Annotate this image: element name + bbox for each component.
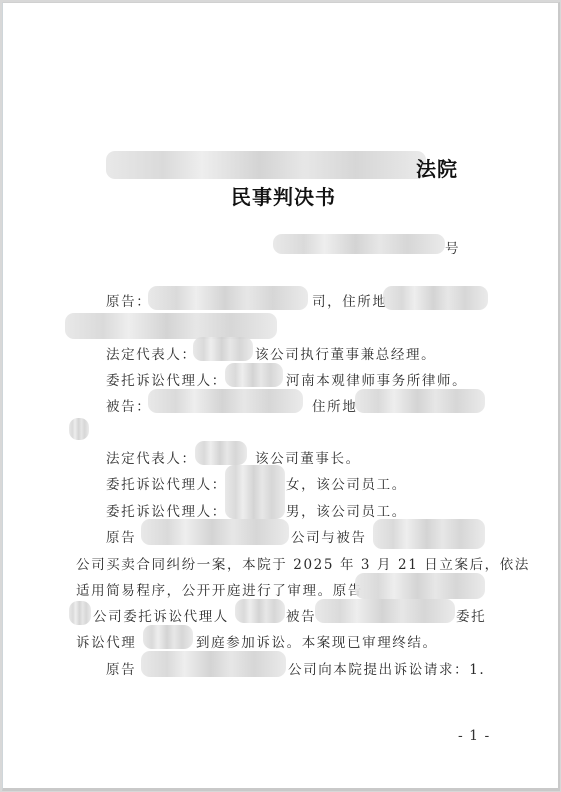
para1-line4-c: 委托 bbox=[456, 605, 486, 625]
defendant-agent1-role: 女，该公司员工。 bbox=[286, 473, 407, 493]
para1-line5-a: 诉讼代理 bbox=[76, 631, 136, 651]
plaintiff-company-tail: 司，住所地 bbox=[312, 290, 388, 310]
defendant-label: 被告： bbox=[106, 395, 151, 415]
redacted-defendant-address bbox=[355, 389, 485, 413]
defendant-legal-rep-label: 法定代表人： bbox=[106, 447, 197, 467]
plaintiff-agent-role: 河南本观律师事务所律师。 bbox=[286, 369, 467, 389]
redacted-case-number bbox=[273, 234, 445, 254]
redacted-para1-defendant bbox=[373, 519, 485, 549]
defendant-agent1-label: 委托诉讼代理人： bbox=[106, 473, 227, 493]
redacted-plaintiff-name bbox=[148, 286, 308, 310]
redacted-para1-agent bbox=[235, 599, 285, 623]
redacted-para2-plaintiff bbox=[141, 651, 286, 677]
plaintiff-agent-label: 委托诉讼代理人： bbox=[106, 369, 227, 389]
plaintiff-legal-rep-label: 法定代表人： bbox=[106, 343, 197, 363]
para1-line1-a: 原告 bbox=[106, 526, 136, 546]
para1-line1-b: 公司与被告 bbox=[291, 526, 367, 546]
plaintiff-legal-rep-role: 该公司执行董事兼总经理。 bbox=[255, 343, 436, 363]
redacted-defendant-name bbox=[148, 389, 303, 413]
redacted-para1-plaintiff bbox=[141, 519, 289, 545]
para2-line1-a: 原告 bbox=[106, 658, 136, 678]
document-title: 民事判决书 bbox=[231, 181, 336, 210]
case-number-suffix: 号 bbox=[445, 237, 460, 257]
redacted-para1-line4-start bbox=[69, 601, 91, 625]
court-suffix: 法院 bbox=[416, 153, 458, 182]
para1-line4-a: 公司委托诉讼代理人 bbox=[93, 605, 229, 625]
redacted-court-name bbox=[106, 151, 426, 179]
redacted-defendant-agent1 bbox=[225, 465, 285, 519]
redacted-para1-defendant2 bbox=[315, 599, 455, 623]
para1-line4-b: 被告 bbox=[286, 605, 316, 625]
para1-line3: 适用简易程序，公开开庭进行了审理。原告 bbox=[76, 579, 363, 599]
defendant-agent2-label: 委托诉讼代理人： bbox=[106, 500, 227, 520]
document-page: 法院 民事判决书 号 原告： 司，住所地 法定代表人： 该公司执行董事兼总经理。… bbox=[2, 2, 560, 791]
redacted-para1-agent2 bbox=[143, 625, 193, 649]
redacted-defendant-legal-rep bbox=[195, 441, 247, 465]
para1-line2: 公司买卖合同纠纷一案，本院于 2025 年 3 月 21 日立案后，依法 bbox=[76, 553, 530, 573]
defendant-legal-rep-role: 该公司董事长。 bbox=[255, 447, 361, 467]
para2-line1-b: 公司向本院提出诉讼请求：1. bbox=[288, 658, 485, 678]
defendant-address-label: 住所地 bbox=[312, 395, 357, 415]
plaintiff-label: 原告： bbox=[106, 290, 151, 310]
redacted-plaintiff-agent bbox=[225, 363, 283, 387]
para1-line5-b: 到庭参加诉讼。本案现已审理终结。 bbox=[196, 631, 438, 651]
defendant-agent2-role: 男，该公司员工。 bbox=[286, 500, 407, 520]
redacted-plaintiff-address-cont bbox=[65, 313, 277, 339]
redacted-plaintiff-legal-rep bbox=[193, 337, 253, 361]
redacted-defendant-address-cont bbox=[69, 418, 89, 440]
redacted-para1-line3 bbox=[355, 573, 485, 599]
redacted-plaintiff-address bbox=[383, 286, 488, 310]
page-number: - 1 - bbox=[458, 728, 490, 744]
